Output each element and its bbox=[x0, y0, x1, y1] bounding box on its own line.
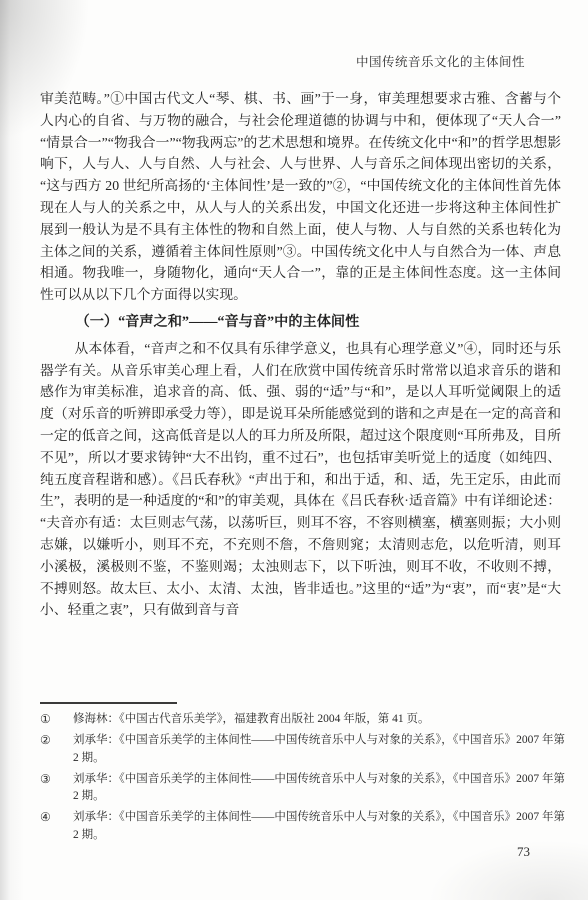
body-text: 审美范畴。”①中国古代文人“琴、棋、书、画”于一身，审美理想要求古雅、含蓄与个人… bbox=[40, 88, 561, 621]
footnotes-block: ① 修海林：《中国古代音乐美学》，福建教育出版社 2004 年版，第 41 页。… bbox=[40, 711, 565, 848]
scan-smudge bbox=[428, 840, 588, 900]
running-head-title: 中国传统音乐文化的主体间性 bbox=[356, 52, 525, 70]
footnote-text: 修海林：《中国古代音乐美学》，福建教育出版社 2004 年版，第 41 页。 bbox=[73, 711, 565, 728]
footnote-marker: ④ bbox=[40, 809, 73, 826]
book-page: 中国传统音乐文化的主体间性 审美范畴。”①中国古代文人“琴、棋、书、画”于一身，… bbox=[0, 0, 588, 900]
paragraph-continuation: 审美范畴。”①中国古代文人“琴、棋、书、画”于一身，审美理想要求古雅、含蓄与个人… bbox=[40, 88, 561, 306]
footnote-item: ① 修海林：《中国古代音乐美学》，福建教育出版社 2004 年版，第 41 页。 bbox=[40, 711, 565, 728]
footnote-item: ④ 刘承华：《中国音乐美学的主体间性——中国传统音乐中人与对象的关系》，《中国音… bbox=[40, 809, 565, 844]
page-number: 73 bbox=[517, 844, 530, 860]
paragraph-body: 从本体看，“音声之和不仅具有乐律学意义，也具有心理学意义”④，同时还与乐器学有关… bbox=[40, 338, 561, 621]
footnote-marker: ② bbox=[40, 732, 73, 749]
scan-edge-shadow bbox=[0, 0, 26, 900]
footnote-item: ② 刘承华：《中国音乐美学的主体间性——中国传统音乐中人与对象的关系》，《中国音… bbox=[40, 732, 565, 767]
footnote-marker: ① bbox=[40, 711, 73, 728]
footnote-text: 刘承华：《中国音乐美学的主体间性——中国传统音乐中人与对象的关系》，《中国音乐》… bbox=[73, 732, 565, 767]
section-heading: （一）“音声之和”——“音与音”中的主体间性 bbox=[40, 312, 561, 334]
footnote-marker: ③ bbox=[40, 771, 73, 788]
footnote-item: ③ 刘承华：《中国音乐美学的主体间性——中国传统音乐中人与对象的关系》，《中国音… bbox=[40, 771, 565, 806]
footnote-separator-rule bbox=[40, 702, 177, 704]
footnote-text: 刘承华：《中国音乐美学的主体间性——中国传统音乐中人与对象的关系》，《中国音乐》… bbox=[73, 809, 565, 844]
footnote-text: 刘承华：《中国音乐美学的主体间性——中国传统音乐中人与对象的关系》，《中国音乐》… bbox=[73, 771, 565, 806]
